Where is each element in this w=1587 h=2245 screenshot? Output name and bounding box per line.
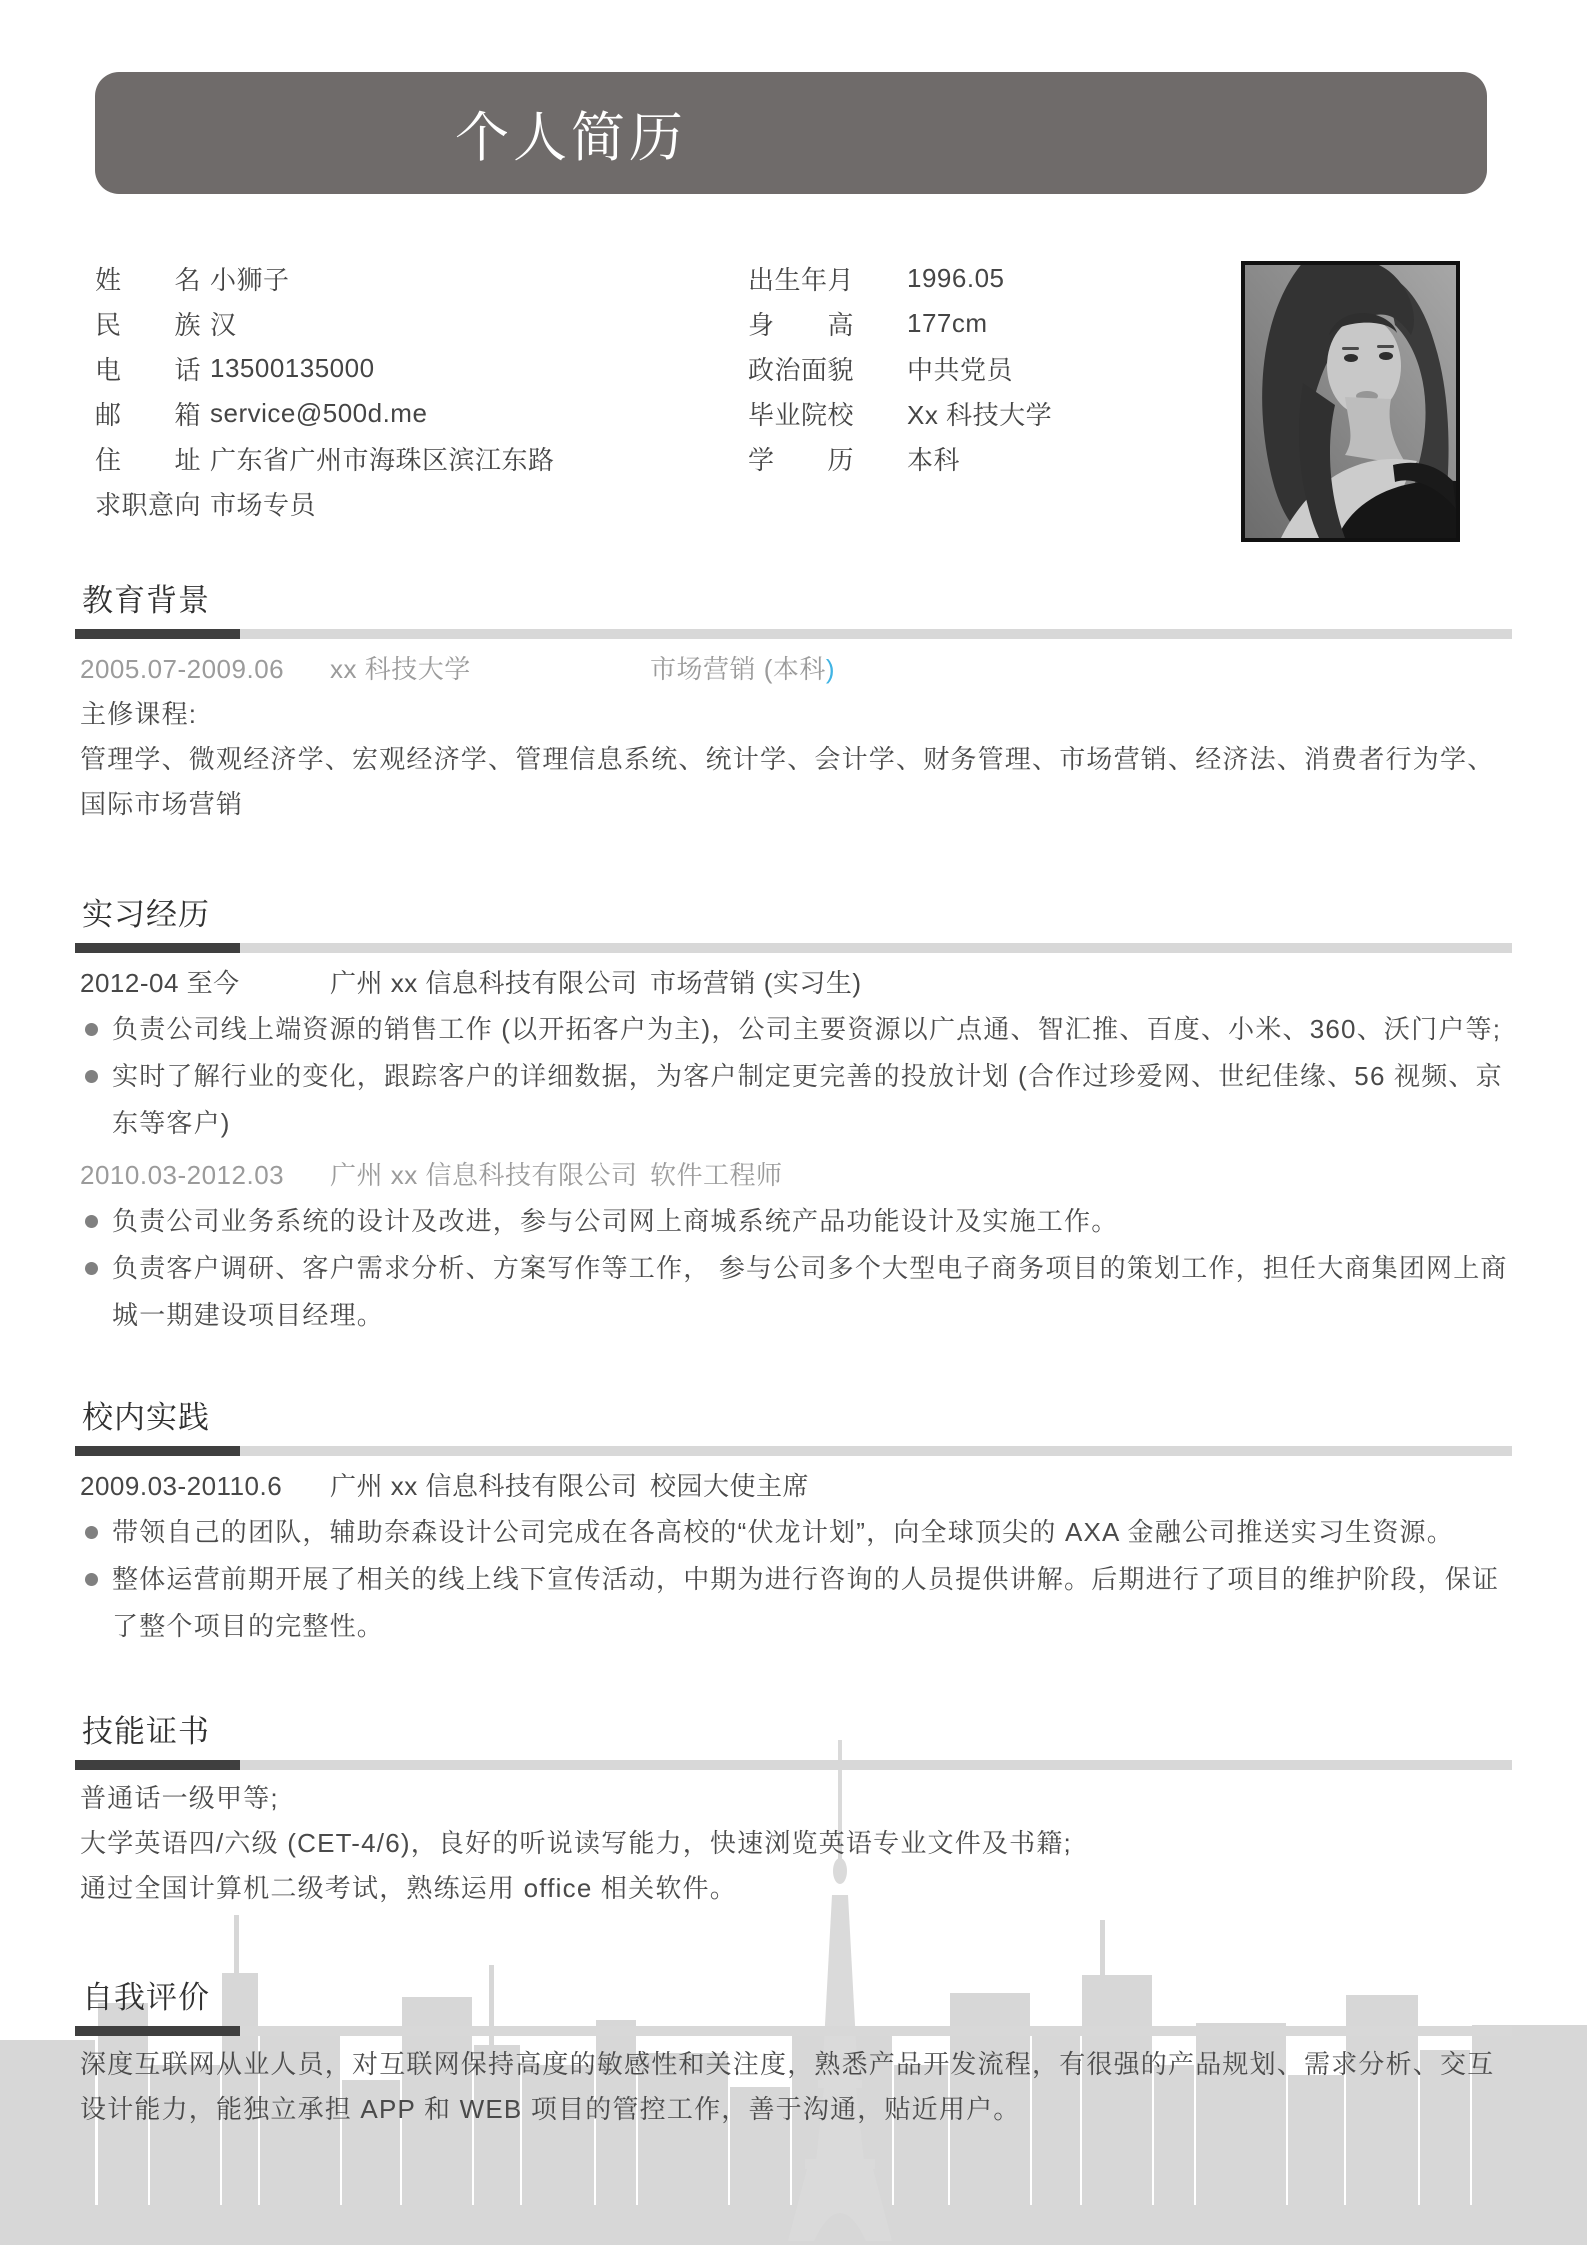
info-value: 177cm xyxy=(907,308,988,339)
job-role: 软件工程师 xyxy=(650,1153,1512,1198)
info-value: 本科 xyxy=(907,440,960,477)
info-label: 住 址 xyxy=(95,440,201,477)
info-label: 邮 箱 xyxy=(95,395,201,432)
info-row-job-intention: 求职意向 市场专员 xyxy=(95,481,748,526)
info-value: 市场专员 xyxy=(210,485,316,522)
section-divider xyxy=(75,1760,1512,1770)
info-label: 出生年月 xyxy=(748,260,854,297)
bullet-text: 实时了解行业的变化，跟踪客户的详细数据，为客户制定更完善的投放计划 (合作过珍爱… xyxy=(112,1061,1503,1138)
info-label: 身 高 xyxy=(748,305,854,342)
section-self-evaluation: 自我评价 深度互联网从业人员，对互联网保持高度的敏感性和关注度，熟悉产品开发流程… xyxy=(75,1978,1512,2132)
bullet-dot-icon xyxy=(85,1262,98,1275)
education-period: 2005.07-2009.06 xyxy=(75,647,330,692)
bullet-text: 负责公司线上端资源的销售工作 (以开拓客户为主)，公司主要资源以广点通、智汇推、… xyxy=(112,1014,1501,1044)
skill-line: 普通话一级甲等; xyxy=(75,1776,1512,1821)
education-entry-row: 2005.07-2009.06 xx 科技大学 市场营销 (本科) xyxy=(75,647,1512,692)
campus-period: 2009.03-20110.6 xyxy=(75,1464,330,1509)
skill-line: 大学英语四/六级 (CET-4/6)，良好的听说读写能力，快速浏览英语专业文件及… xyxy=(75,1821,1512,1866)
bullet-item: 实时了解行业的变化，跟踪客户的详细数据，为客户制定更完善的投放计划 (合作过珍爱… xyxy=(75,1053,1512,1147)
job-company: 广州 xx 信息科技有限公司 xyxy=(330,1153,650,1198)
job-period: 2010.03-2012.03 xyxy=(75,1153,330,1198)
bullet-text: 整体运营前期开展了相关的线上线下宣传活动，中期为进行咨询的人员提供讲解。后期进行… xyxy=(112,1564,1499,1641)
job-bullet-list: 负责公司线上端资源的销售工作 (以开拓客户为主)，公司主要资源以广点通、智汇推、… xyxy=(75,1006,1512,1147)
info-value: 13500135000 xyxy=(210,353,375,384)
section-title: 校内实践 xyxy=(75,1398,1512,1438)
section-divider-accent xyxy=(75,943,240,953)
bullet-dot-icon xyxy=(85,1573,98,1586)
job-bullet-list: 负责公司业务系统的设计及改进，参与公司网上商城系统产品功能设计及实施工作。 负责… xyxy=(75,1198,1512,1339)
education-major: 市场营销 (本科) xyxy=(650,647,1512,692)
section-divider-accent xyxy=(75,2026,240,2036)
bullet-text: 负责客户调研、客户需求分析、方案写作等工作， 参与公司多个大型电子商务项目的策划… xyxy=(112,1253,1508,1330)
page-title: 个人简历 xyxy=(455,95,687,172)
section-divider-accent xyxy=(75,629,240,639)
info-value: 小狮子 xyxy=(210,260,290,297)
info-label: 求职意向 xyxy=(95,485,201,522)
section-divider-accent xyxy=(75,1760,240,1770)
info-row-email: 邮 箱 service@500d.me xyxy=(95,391,748,436)
info-label: 民 族 xyxy=(95,305,201,342)
section-education: 教育背景 2005.07-2009.06 xx 科技大学 市场营销 (本科) 主… xyxy=(75,581,1512,827)
info-label: 学 历 xyxy=(748,440,854,477)
bullet-item: 负责公司线上端资源的销售工作 (以开拓客户为主)，公司主要资源以广点通、智汇推、… xyxy=(75,1006,1512,1053)
section-divider-accent xyxy=(75,1446,240,1456)
info-value: service@500d.me xyxy=(210,398,427,429)
education-school: xx 科技大学 xyxy=(330,647,650,692)
section-divider xyxy=(75,2026,1512,2036)
bullet-dot-icon xyxy=(85,1070,98,1083)
section-title: 实习经历 xyxy=(75,895,1512,935)
bullet-dot-icon xyxy=(85,1526,98,1539)
portrait-illustration xyxy=(1245,265,1456,538)
job-company: 广州 xx 信息科技有限公司 xyxy=(330,961,650,1006)
bullet-text: 负责公司业务系统的设计及改进，参与公司网上商城系统产品功能设计及实施工作。 xyxy=(112,1206,1118,1236)
education-major-paren: ) xyxy=(826,654,835,684)
section-skills: 技能证书 普通话一级甲等; 大学英语四/六级 (CET-4/6)，良好的听说读写… xyxy=(75,1712,1512,1911)
personal-info-left-column: 姓 名 小狮子 民 族 汉 电 话 13500135000 邮 箱 servic… xyxy=(95,256,748,526)
bullet-item: 负责客户调研、客户需求分析、方案写作等工作， 参与公司多个大型电子商务项目的策划… xyxy=(75,1245,1512,1339)
info-row-ethnicity: 民 族 汉 xyxy=(95,301,748,346)
campus-entry-row: 2009.03-20110.6 广州 xx 信息科技有限公司 校园大使主席 xyxy=(75,1464,1512,1509)
section-title: 教育背景 xyxy=(75,581,1512,621)
info-row-address: 住 址 广东省广州市海珠区滨江东路 xyxy=(95,436,748,481)
info-value: 1996.05 xyxy=(907,263,1004,294)
section-divider xyxy=(75,943,1512,953)
info-value: 广东省广州市海珠区滨江东路 xyxy=(210,440,555,477)
campus-role: 校园大使主席 xyxy=(650,1464,1512,1509)
section-campus-practice: 校内实践 2009.03-20110.6 广州 xx 信息科技有限公司 校园大使… xyxy=(75,1398,1512,1650)
section-internship: 实习经历 2012-04 至今 广州 xx 信息科技有限公司 市场营销 (实习生… xyxy=(75,895,1512,1339)
bullet-item: 整体运营前期开展了相关的线上线下宣传活动，中期为进行咨询的人员提供讲解。后期进行… xyxy=(75,1556,1512,1650)
info-label: 政治面貌 xyxy=(748,350,854,387)
info-value: Xx 科技大学 xyxy=(907,395,1052,432)
bullet-item: 带领自己的团队，辅助奈森设计公司完成在各高校的“伏龙计划”，向全球顶尖的 AXA… xyxy=(75,1509,1512,1556)
campus-bullet-list: 带领自己的团队，辅助奈森设计公司完成在各高校的“伏龙计划”，向全球顶尖的 AXA… xyxy=(75,1509,1512,1650)
job-entry-row: 2012-04 至今 广州 xx 信息科技有限公司 市场营销 (实习生) xyxy=(75,961,1512,1006)
section-divider xyxy=(75,1446,1512,1456)
info-label: 姓 名 xyxy=(95,260,201,297)
info-value: 中共党员 xyxy=(907,350,1013,387)
section-title: 技能证书 xyxy=(75,1712,1512,1752)
info-label: 毕业院校 xyxy=(748,395,854,432)
profile-photo xyxy=(1241,261,1460,542)
skill-line: 通过全国计算机二级考试，熟练运用 office 相关软件。 xyxy=(75,1866,1512,1911)
bullet-text: 带领自己的团队，辅助奈森设计公司完成在各高校的“伏龙计划”，向全球顶尖的 AXA… xyxy=(112,1517,1454,1547)
section-divider xyxy=(75,629,1512,639)
section-title: 自我评价 xyxy=(75,1978,1512,2018)
bullet-item: 负责公司业务系统的设计及改进，参与公司网上商城系统产品功能设计及实施工作。 xyxy=(75,1198,1512,1245)
course-list: 管理学、微观经济学、宏观经济学、管理信息系统、统计学、会计学、财务管理、市场营销… xyxy=(75,737,1512,827)
info-label: 电 话 xyxy=(95,350,201,387)
job-period: 2012-04 至今 xyxy=(75,961,330,1006)
resume-page: 个人简历 xyxy=(0,0,1587,2245)
bullet-dot-icon xyxy=(85,1023,98,1036)
bullet-dot-icon xyxy=(85,1215,98,1228)
education-major-text: 市场营销 (本科 xyxy=(650,654,826,684)
job-entry-row: 2010.03-2012.03 广州 xx 信息科技有限公司 软件工程师 xyxy=(75,1153,1512,1198)
campus-company: 广州 xx 信息科技有限公司 xyxy=(330,1464,650,1509)
course-label: 主修课程: xyxy=(75,692,1512,737)
info-row-phone: 电 话 13500135000 xyxy=(95,346,748,391)
job-role: 市场营销 (实习生) xyxy=(650,961,1512,1006)
info-value: 汉 xyxy=(210,305,237,342)
self-evaluation-text: 深度互联网从业人员，对互联网保持高度的敏感性和关注度，熟悉产品开发流程，有很强的… xyxy=(75,2042,1512,2132)
header-band: 个人简历 xyxy=(95,72,1487,194)
info-row-name: 姓 名 小狮子 xyxy=(95,256,748,301)
